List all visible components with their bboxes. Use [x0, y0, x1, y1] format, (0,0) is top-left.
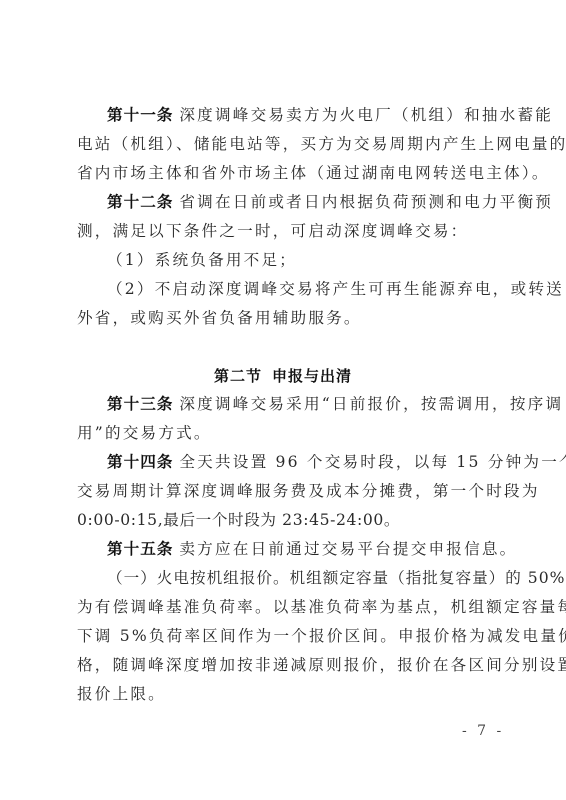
article-15-para-1-line-3: 下调 5%负荷率区间作为一个报价区间。申报价格为减发电量价: [77, 626, 489, 646]
article-12-line-2: 测，满足以下条件之一时，可启动深度调峰交易：: [77, 221, 489, 241]
document-page: 第十一条深度调峰交易卖方为火电厂（机组）和抽水蓄能 电站（机组）、储能电站等，买…: [0, 0, 566, 800]
article-11-line-2: 电站（机组）、储能电站等，买方为交易周期内产生上网电量的: [77, 134, 489, 154]
article-14-line-3: 0:00-0:15,最后一个时段为 23:45-24:00。: [77, 510, 489, 530]
article-12-item-2-line-1: （2）不启动深度调峰交易将产生可再生能源弃电，或转送: [107, 279, 489, 299]
article-15-para-1-line-2: 为有偿调峰基准负荷率。以基准负荷率为基点，机组额定容量每: [77, 597, 489, 617]
article-15-line-1: 第十五条卖方应在日前通过交易平台提交申报信息。: [107, 539, 489, 559]
article-14-line-2: 交易周期计算深度调峰服务费及成本分摊费，第一个时段为: [77, 481, 489, 501]
article-14-line-1: 第十四条全天共设置 96 个交易时段，以每 15 分钟为一个: [107, 452, 489, 472]
article-15-label: 第十五条: [107, 540, 173, 558]
article-15-para-1-line-5: 报价上限。: [77, 684, 489, 704]
article-15-para-1-line-1: （一）火电按机组报价。机组额定容量（指批复容量）的 50%: [107, 568, 489, 588]
section-title: 申报与出清: [272, 367, 352, 385]
section-number: 第二节: [214, 367, 262, 385]
section-heading: 第二节申报与出清: [0, 365, 566, 386]
article-12-item-2-line-2: 外省，或购买外省负备用辅助服务。: [77, 308, 489, 328]
article-12-line-1: 第十二条省调在日前或者日内根据负荷预测和电力平衡预: [107, 192, 489, 212]
article-13-label: 第十三条: [107, 395, 173, 413]
article-15-para-1-line-4: 格，随调峰深度增加按非递减原则报价，报价在各区间分别设置: [77, 655, 489, 675]
article-13-line-1: 第十三条深度调峰交易采用“日前报价，按需调用，按序调: [107, 394, 489, 414]
article-11-line-1: 第十一条深度调峰交易卖方为火电厂（机组）和抽水蓄能: [107, 105, 489, 125]
article-13-line-2: 用”的交易方式。: [77, 423, 489, 443]
article-11-line-3: 省内市场主体和省外市场主体（通过湖南电网转送电主体）。: [77, 163, 489, 183]
page-number: - 7 -: [462, 723, 504, 739]
article-12-item-1: （1）系统负备用不足；: [107, 250, 489, 270]
article-12-label: 第十二条: [107, 193, 173, 211]
article-14-label: 第十四条: [107, 453, 173, 471]
article-11-label: 第十一条: [107, 106, 173, 124]
